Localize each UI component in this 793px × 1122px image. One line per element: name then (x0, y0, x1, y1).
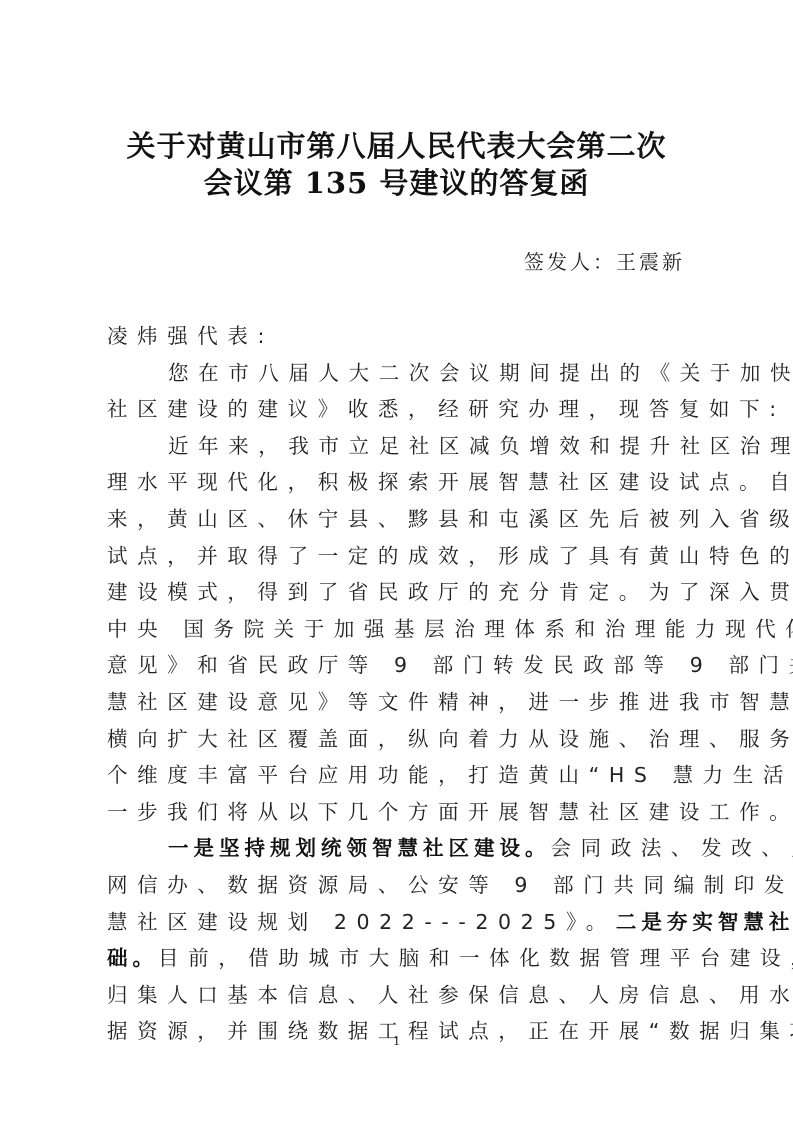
body-line: 理水平现代化，积极探索开展智慧社区建设试点。自 2019 年以 (107, 464, 687, 501)
point-1-heading: 一是坚持规划统领智慧社区建设。 (168, 836, 551, 860)
point-1-text-end: 慧社区建设规划 2022---2025》。 (107, 910, 616, 934)
body-line: 试点，并取得了一定的成效，形成了具有黄山特色的智慧社区 (107, 538, 687, 575)
point-2-text: 目前，借助城市大脑和一体化数据管理平台建设，我市已 (158, 946, 793, 970)
body-line: 来，黄山区、休宁县、黟县和屯溪区先后被列入省级智慧建设 (107, 501, 687, 538)
salutation: 凌炜强代表: (107, 318, 687, 355)
signer: 签发人：王震新 (524, 248, 685, 276)
point-1-line: 一是坚持规划统领智慧社区建设。会同政法、发改、财政、 (107, 830, 687, 867)
body-line: 建设模式，得到了省民政厅的充分肯定。为了深入贯彻《中共 (107, 574, 687, 611)
body-line: 社区建设的建议》收悉，经研究办理，现答复如下: (107, 391, 687, 428)
point-2-heading: 二是夯实智慧社区平台数据基 (616, 910, 793, 934)
body-line: 一步我们将从以下几个方面开展智慧社区建设工作。 (107, 794, 687, 831)
body-line: 慧社区建设意见》等文件精神，进一步推进我市智慧社区建设 (107, 684, 687, 721)
body-line: 您在市八届人大二次会议期间提出的《关于加快我市智慧 (107, 355, 687, 392)
body-line: 个维度丰富平台应用功能，打造黄山“HS 慧力生活”升级版。下 (107, 757, 687, 794)
page-number: 1 (0, 1034, 793, 1050)
document-body: 凌炜强代表: 您在市八届人大二次会议期间提出的《关于加快我市智慧 社区建设的建议… (107, 318, 687, 1050)
body-line: 归集人口基本信息、人社参保信息、人房信息、用水信息等数 (107, 977, 687, 1014)
body-line: 意见》和省民政厅等 9 部门转发民政部等 9 部门关于《加强智 (107, 647, 687, 684)
body-line: 横向扩大社区覆盖面，纵向着力从设施、治理、服务和生活四 (107, 721, 687, 758)
body-line: 中央 国务院关于加强基层治理体系和治理能力现代化建设的 (107, 611, 687, 648)
document-page: 关于对黄山市第八届人民代表大会第二次 会议第 135 号建议的答复函 签发人：王… (0, 0, 793, 1122)
body-line: 近年来，我市立足社区减负增效和提升社区治理能力和治 (107, 428, 687, 465)
title-line-1: 关于对黄山市第八届人民代表大会第二次 (0, 128, 793, 165)
title-line-2: 会议第 135 号建议的答复函 (0, 165, 793, 202)
point-2-heading-end: 础。 (107, 946, 158, 970)
point-2-start-line: 慧社区建设规划 2022---2025》。二是夯实智慧社区平台数据基 (107, 904, 687, 941)
document-title: 关于对黄山市第八届人民代表大会第二次 会议第 135 号建议的答复函 (0, 128, 793, 202)
point-2-line: 础。目前，借助城市大脑和一体化数据管理平台建设，我市已 (107, 940, 687, 977)
body-line: 网信办、数据资源局、公安等 9 部门共同编制印发了《黄山智 (107, 867, 687, 904)
point-1-text: 会同政法、发改、财政、 (551, 836, 793, 860)
